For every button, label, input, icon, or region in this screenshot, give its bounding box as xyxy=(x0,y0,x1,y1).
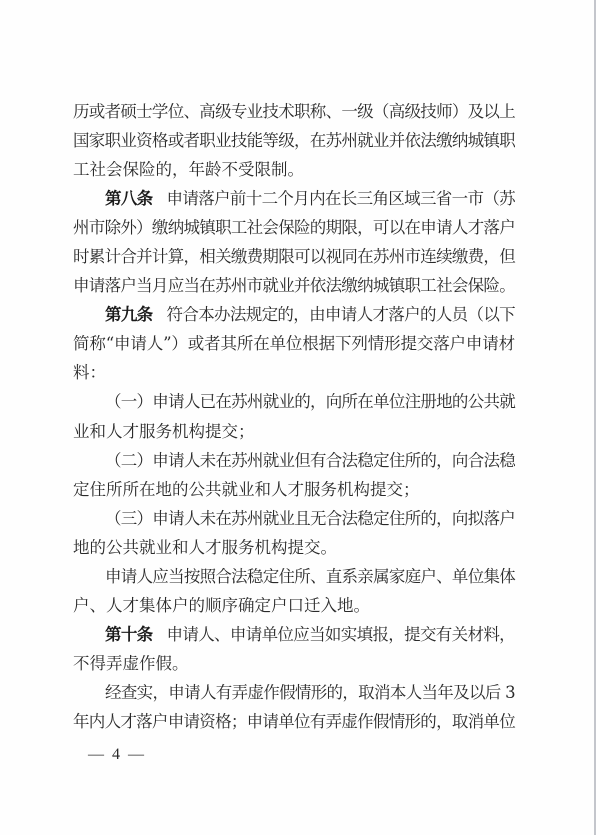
page-number: — 4 — xyxy=(88,746,146,764)
line-text: 料： xyxy=(73,363,106,382)
article-10-line-2: 不得弄虚作假。 xyxy=(73,649,515,678)
penalty-paragraph-line-2: 年内人才落户申请资格；申请单位有弄虚作假情形的，取消单位 xyxy=(73,707,515,736)
line-text: 历或者硕士学位、高级专业技术职称、一级（高级技师）及以上 xyxy=(73,102,515,121)
article-8-line-1: 第八条申请落户前十二个月内在长三角区域三省一市（苏 xyxy=(73,184,515,213)
line-text: 申请人应当按照合法稳定住所、直系亲属家庭户、单位集体 xyxy=(105,567,515,586)
text-line-6: 时累计合并计算，相关缴费期限可以视同在苏州市连续缴费，但 xyxy=(73,242,515,271)
article-9-line-1: 第九条符合本办法规定的，由申请人才落户的人员（以下 xyxy=(73,300,515,329)
clause-2-line-2: 定住所所在地的公共就业和人才服务机构提交； xyxy=(73,475,515,504)
text-line-7: 申请落户当月应当在苏州市就业并依法缴纳城镇职工社会保险。 xyxy=(73,271,515,300)
article-heading: 第八条 xyxy=(105,189,153,208)
line-text: 州市除外）缴纳城镇职工社会保险的期限，可以在申请人才落户 xyxy=(73,218,515,237)
article-heading: 第十条 xyxy=(105,625,153,644)
line-text: 不得弄虚作假。 xyxy=(73,654,189,673)
text-line-1: 历或者硕士学位、高级专业技术职称、一级（高级技师）及以上 xyxy=(73,97,515,126)
clause-3-line-2: 地的公共就业和人才服务机构提交。 xyxy=(73,533,515,562)
line-text: 国家职业资格或者职业技能等级，在苏州就业并依法缴纳城镇职 xyxy=(73,131,515,150)
clause-1-line-2: 业和人才服务机构提交； xyxy=(73,417,515,446)
order-paragraph-line-1: 申请人应当按照合法稳定住所、直系亲属家庭户、单位集体 xyxy=(73,562,515,591)
article-10-line-1: 第十条申请人、申请单位应当如实填报，提交有关材料， xyxy=(73,620,515,649)
article-heading: 第九条 xyxy=(105,305,153,324)
line-text: （二）申请人未在苏州就业但有合法稳定住所的，向合法稳 xyxy=(105,451,515,470)
line-text: 经查实，申请人有弄虚作假情形的，取消本人当年及以后 3 xyxy=(105,683,515,702)
document-page: 历或者硕士学位、高级专业技术职称、一级（高级技师）及以上 国家职业资格或者职业技… xyxy=(0,0,596,835)
text-line-9: 简称“申请人”）或者其所在单位根据下列情形提交落户申请材 xyxy=(73,329,515,358)
line-text: 工社会保险的，年龄不受限制。 xyxy=(73,160,304,179)
line-text: 符合本办法规定的，由申请人才落户的人员（以下 xyxy=(167,305,515,324)
line-text: （三）申请人未在苏州就业且无合法稳定住所的，向拟落户 xyxy=(105,509,515,528)
line-text: 申请人、申请单位应当如实填报，提交有关材料， xyxy=(167,625,515,644)
line-text: （一）申请人已在苏州就业的，向所在单位注册地的公共就 xyxy=(105,392,515,411)
line-text: 申请落户前十二个月内在长三角区域三省一市（苏 xyxy=(167,189,515,208)
penalty-paragraph-line-1: 经查实，申请人有弄虚作假情形的，取消本人当年及以后 3 xyxy=(73,678,515,707)
order-paragraph-line-2: 户、人才集体户的顺序确定户口迁入地。 xyxy=(73,591,515,620)
line-text: 定住所所在地的公共就业和人才服务机构提交； xyxy=(73,480,420,499)
line-text: 业和人才服务机构提交； xyxy=(73,422,255,441)
text-line-3: 工社会保险的，年龄不受限制。 xyxy=(73,155,515,184)
line-text: 时累计合并计算，相关缴费期限可以视同在苏州市连续缴费，但 xyxy=(73,247,515,266)
text-line-10: 料： xyxy=(73,358,515,387)
text-line-5: 州市除外）缴纳城镇职工社会保险的期限，可以在申请人才落户 xyxy=(73,213,515,242)
line-text: 户、人才集体户的顺序确定户口迁入地。 xyxy=(73,596,370,615)
line-text: 年内人才落户申请资格；申请单位有弄虚作假情形的，取消单位 xyxy=(73,712,515,731)
clause-1-line-1: （一）申请人已在苏州就业的，向所在单位注册地的公共就 xyxy=(73,387,515,416)
document-body: 历或者硕士学位、高级专业技术职称、一级（高级技师）及以上 国家职业资格或者职业技… xyxy=(73,97,515,736)
clause-3-line-1: （三）申请人未在苏州就业且无合法稳定住所的，向拟落户 xyxy=(73,504,515,533)
clause-2-line-1: （二）申请人未在苏州就业但有合法稳定住所的，向合法稳 xyxy=(73,446,515,475)
line-text: 简称“申请人”）或者其所在单位根据下列情形提交落户申请材 xyxy=(73,334,515,353)
line-text: 地的公共就业和人才服务机构提交。 xyxy=(73,538,337,557)
text-line-2: 国家职业资格或者职业技能等级，在苏州就业并依法缴纳城镇职 xyxy=(73,126,515,155)
line-text: 申请落户当月应当在苏州市就业并依法缴纳城镇职工社会保险。 xyxy=(73,276,515,295)
